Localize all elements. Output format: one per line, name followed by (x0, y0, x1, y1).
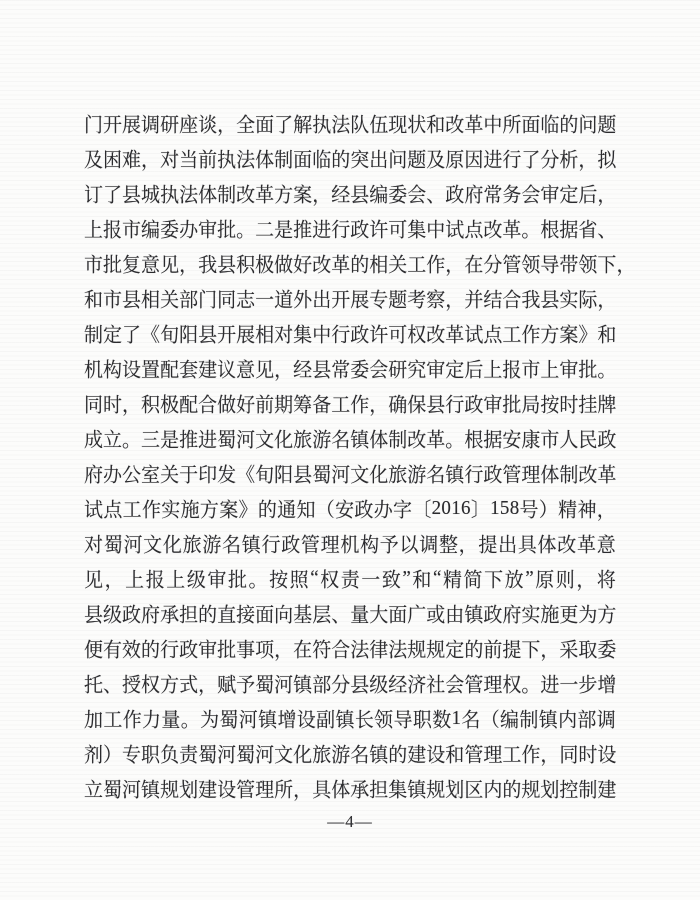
body-char: 政 (122, 599, 141, 627)
body-char: 据 (559, 214, 578, 242)
body-char: ） (539, 494, 558, 522)
body-char: 旅 (293, 424, 312, 452)
body-char: 配 (179, 389, 198, 417)
body-char: 游 (202, 529, 221, 557)
body-char: 现 (388, 109, 407, 137)
body-char: 人 (559, 424, 578, 452)
body-char: 效 (122, 634, 141, 662)
body-char: 、 (426, 179, 445, 207)
body-char: 革 (597, 459, 616, 487)
body-char: 审 (198, 214, 217, 242)
body-char: 考 (407, 284, 426, 312)
body-char: 管 (502, 249, 521, 277)
body-char: 放 (505, 564, 524, 592)
body-char: 设 (122, 354, 141, 382)
body-char: 配 (160, 354, 179, 382)
body-line: 府办公室关于印发《旬阳县蜀河文化旅游名镇行政管理体制改革 (84, 456, 616, 491)
body-char: ， (105, 564, 124, 592)
body-char: 安 (335, 494, 354, 522)
body-char: 提 (502, 634, 521, 662)
body-char: 文 (255, 424, 274, 452)
body-char: 基 (293, 599, 312, 627)
body-char: 字 (393, 494, 412, 522)
body-char: 行 (445, 389, 464, 417)
body-char: 后 (578, 179, 597, 207)
body-char: （ (316, 494, 335, 522)
body-char: 镇 (335, 704, 354, 732)
body-char: 和 (597, 319, 616, 347)
body-char: 蜀 (103, 774, 122, 802)
body-char: 对 (84, 529, 103, 557)
body-char: 承 (350, 774, 369, 802)
body-char: 上 (483, 354, 502, 382)
body-char: 会 (369, 354, 388, 382)
body-char: 批 (228, 564, 247, 592)
body-char: 同 (559, 739, 578, 767)
body-char: 施 (181, 494, 200, 522)
body-char: 出 (498, 529, 517, 557)
body-char: 问 (578, 109, 597, 137)
body-char: 报 (502, 354, 521, 382)
body-char: 神 (577, 494, 596, 522)
body-char: 的 (198, 599, 217, 627)
body-char: 开 (217, 319, 236, 347)
body-char: 的 (350, 249, 369, 277)
body-char: 级 (187, 564, 206, 592)
body-char: ， (459, 529, 478, 557)
body-char: 经 (388, 669, 407, 697)
body-char: 工 (407, 249, 426, 277)
body-char: 门 (84, 109, 103, 137)
body-char: 旅 (388, 459, 407, 487)
body-char: 部 (179, 284, 198, 312)
body-char: 体 (198, 179, 217, 207)
body-char: 方 (540, 319, 559, 347)
body-char: 步 (578, 669, 597, 697)
body-char: 》 (578, 319, 597, 347)
body-char: 行 (331, 319, 350, 347)
body-char: 保 (407, 389, 426, 417)
body-char: 伍 (369, 109, 388, 137)
body-char: 意 (236, 354, 255, 382)
body-char: 文 (274, 739, 293, 767)
body-char: 机 (84, 354, 103, 382)
body-char: 制 (388, 424, 407, 452)
body-char: 做 (217, 389, 236, 417)
body-char: 接 (236, 599, 255, 627)
body-char: 府 (141, 599, 160, 627)
body-char: 经 (331, 179, 350, 207)
body-char: 管 (464, 669, 483, 697)
body-line: 立蜀河镇规划建设管理所，具体承担集镇规划区内的规划控制建 (84, 771, 616, 806)
body-char: 执 (312, 109, 331, 137)
body-char: 执 (217, 144, 236, 172)
body-char: 县 (350, 179, 369, 207)
body-char: 政 (464, 389, 483, 417)
body-char: 律 (369, 634, 388, 662)
body-char: 工 (502, 739, 521, 767)
body-char: 整 (439, 529, 458, 557)
body-char: 行 (160, 634, 179, 662)
body-char: 、 (331, 599, 350, 627)
body-char: 做 (274, 249, 293, 277)
body-char: 建 (198, 774, 217, 802)
body-char: 好 (236, 389, 255, 417)
body-char: 拟 (597, 144, 616, 172)
body-char: 副 (316, 704, 335, 732)
body-char: 结 (483, 284, 502, 312)
body-char: 事 (236, 634, 255, 662)
body-char: 革 (502, 214, 521, 242)
body-char: 关 (160, 284, 179, 312)
body-char: 面 (521, 109, 540, 137)
body-char: 工 (502, 319, 521, 347)
body-char: 原 (535, 564, 554, 592)
body-char: 相 (141, 284, 160, 312)
body-char: 点 (103, 494, 122, 522)
body-char: 设 (297, 704, 316, 732)
body-char: 济 (407, 669, 426, 697)
body-char: 公 (122, 459, 141, 487)
body-char: 以 (400, 529, 419, 557)
body-char: 对 (274, 319, 293, 347)
body-char: 。 (597, 354, 616, 382)
body-char: 分 (483, 249, 502, 277)
body-char: 原 (445, 144, 464, 172)
body-char: 际 (578, 284, 597, 312)
body-char: 领 (521, 249, 540, 277)
body-char: 极 (255, 249, 274, 277)
body-line: 同时，积极配合做好前期筹备工作，确保县行政审批局按时挂牌 (84, 386, 616, 421)
body-char: ， (540, 634, 559, 662)
body-char: 行 (464, 459, 483, 487)
body-char: 权 (407, 319, 426, 347)
body-char: 游 (312, 424, 331, 452)
body-char: 职 (413, 704, 432, 732)
body-char: 确 (388, 389, 407, 417)
body-char: 游 (407, 459, 426, 487)
body-line: 见，上报上级审批。按照“权责一致”和“精简下放”原则，将 (84, 561, 616, 596)
body-char: 安 (502, 424, 521, 452)
body-char: 量 (350, 599, 369, 627)
body-char: 发 (217, 459, 236, 487)
body-char: 革 (577, 529, 596, 557)
body-char: 旅 (312, 739, 331, 767)
body-char: 予 (236, 669, 255, 697)
body-char: 审 (207, 564, 226, 592)
body-line: 托、授权方式，赋予蜀河镇部分县级经济社会管理权。进一步增 (84, 666, 616, 701)
body-char: 内 (558, 704, 577, 732)
body-char: 时 (559, 389, 578, 417)
body-char: 审 (540, 179, 559, 207)
body-char: 会 (521, 179, 540, 207)
body-char: 政 (281, 529, 300, 557)
body-char: 层 (312, 599, 331, 627)
body-char: 合 (331, 634, 350, 662)
body-char: 管 (236, 774, 255, 802)
body-char: ， (597, 179, 616, 207)
body-char: 改 (236, 179, 255, 207)
body-char: 1 (490, 497, 500, 520)
body-char: 取 (578, 634, 597, 662)
body-char: 蜀 (104, 529, 123, 557)
body-char: 市 (122, 214, 141, 242)
body-char: 展 (122, 109, 141, 137)
body-char: 和 (445, 739, 464, 767)
body-char: 状 (407, 109, 426, 137)
body-char: 作 (123, 704, 142, 732)
body-char: 文 (350, 459, 369, 487)
body-line: 和市县相关部门同志一道外出开展专题考察，并结合我县实际， (84, 281, 616, 316)
body-char: 前 (255, 389, 274, 417)
body-char: 河 (122, 774, 141, 802)
body-char: 进 (198, 424, 217, 452)
body-char: 关 (160, 459, 179, 487)
body-char: 的 (258, 494, 277, 522)
body-char: 设 (217, 774, 236, 802)
body-char: 制 (217, 179, 236, 207)
body-char: 析 (559, 144, 578, 172)
body-char: 期 (274, 389, 293, 417)
body-char: 批 (502, 389, 521, 417)
body-char: ， (312, 179, 331, 207)
body-char: ， (576, 564, 595, 592)
body-char: 县 (217, 249, 236, 277)
body-char: 、 (597, 214, 616, 242)
body-char: 承 (160, 599, 179, 627)
body-char: 剂 (84, 739, 103, 767)
body-char: 常 (483, 179, 502, 207)
body-char: 一 (559, 669, 578, 697)
body-char: ” (525, 567, 533, 590)
body-char: 镇 (242, 529, 261, 557)
body-char: 批 (217, 214, 236, 242)
body-char: 法 (236, 144, 255, 172)
body-char: 号 (520, 494, 539, 522)
body-char: 区 (464, 774, 483, 802)
body-char: 划 (540, 774, 559, 802)
body-char: 定 (445, 634, 464, 662)
body-char: 蜀 (198, 739, 217, 767)
body-char: 推 (179, 424, 198, 452)
body-char: 三 (141, 424, 160, 452)
body-char: 管 (301, 529, 320, 557)
body-char: 名 (350, 739, 369, 767)
body-char: 作 (426, 249, 445, 277)
body-char: ， (597, 284, 616, 312)
body-char: 相 (369, 249, 388, 277)
body-line: 加工作力量。为蜀河镇增设副镇长领导职数1名（编制镇内部调 (84, 701, 616, 736)
body-char: 精 (558, 494, 577, 522)
body-char: 划 (179, 774, 198, 802)
body-char: 体 (540, 459, 559, 487)
body-char: 省 (578, 214, 597, 242)
body-char: 化 (369, 459, 388, 487)
body-char: ， (179, 249, 198, 277)
body-char: 县 (350, 669, 369, 697)
body-char: 革 (464, 109, 483, 137)
document-body: 门开展调研座谈，全面了解执法队伍现状和改革中所面临的问题及困难，对当前执法体制面… (84, 106, 616, 806)
body-char: 法 (331, 109, 350, 137)
body-char: 解 (293, 109, 312, 137)
body-char: 设 (426, 739, 445, 767)
body-char: 城 (141, 179, 160, 207)
body-char: 职 (141, 739, 160, 767)
body-char: 则 (556, 564, 575, 592)
body-char: 府 (502, 599, 521, 627)
body-char: 。 (521, 669, 540, 697)
body-char: 问 (388, 144, 407, 172)
body-char: 室 (141, 459, 160, 487)
body-char: 构 (103, 354, 122, 382)
body-char: 的 (559, 109, 578, 137)
body-char: 局 (521, 389, 540, 417)
body-char: 办 (374, 494, 393, 522)
body-char: 的 (388, 739, 407, 767)
body-char: 谈 (198, 109, 217, 137)
body-char: （ (481, 704, 500, 732)
body-char: 具 (518, 529, 537, 557)
body-char: 案 (559, 319, 578, 347)
body-char: 镇 (350, 424, 369, 452)
body-char: 出 (312, 284, 331, 312)
body-char: 好 (293, 249, 312, 277)
body-char: 数 (432, 704, 451, 732)
body-line: 门开展调研座谈，全面了解执法队伍现状和改革中所面临的问题 (84, 106, 616, 141)
body-char: 机 (340, 529, 359, 557)
body-char: 实 (161, 494, 180, 522)
body-char: 政 (179, 634, 198, 662)
body-char: 研 (388, 354, 407, 382)
body-char: 理 (321, 529, 340, 557)
body-char: ， (198, 669, 217, 697)
body-char: 知 (296, 494, 315, 522)
body-char: 专 (122, 739, 141, 767)
body-char: 担 (179, 599, 198, 627)
body-char: 并 (464, 284, 483, 312)
body-char: 当 (179, 144, 198, 172)
body-char: 面 (255, 599, 274, 627)
body-char: 1 (451, 497, 461, 520)
body-char: 审 (426, 354, 445, 382)
body-char: 作 (521, 739, 540, 767)
body-char: 集 (293, 319, 312, 347)
body-char: ， (274, 634, 293, 662)
body-char: 中 (426, 214, 445, 242)
body-char: 定 (559, 179, 578, 207)
body-char: 会 (445, 669, 464, 697)
body-char: 有 (103, 634, 122, 662)
body-char: 订 (84, 179, 103, 207)
body-char: 责 (341, 564, 360, 592)
body-char: 理 (483, 669, 502, 697)
body-char: 名 (222, 529, 241, 557)
body-line: 及困难，对当前执法体制面临的突出问题及原因进行了分析，拟 (84, 141, 616, 176)
body-char: 队 (350, 109, 369, 137)
body-char: 河 (331, 459, 350, 487)
body-char: 政 (350, 319, 369, 347)
body-char: 文 (143, 529, 162, 557)
body-char: 察 (426, 284, 445, 312)
body-char: 意 (141, 249, 160, 277)
body-char: 了 (274, 109, 293, 137)
body-char: 审 (559, 354, 578, 382)
body-char: 点 (464, 214, 483, 242)
body-char: 中 (483, 109, 502, 137)
body-char: 见 (160, 249, 179, 277)
body-char: 施 (540, 599, 559, 627)
body-char: 题 (597, 109, 616, 137)
body-char: 推 (293, 214, 312, 242)
body-char: 务 (502, 179, 521, 207)
body-char: 实 (521, 599, 540, 627)
body-char: 导 (540, 249, 559, 277)
body-char: “ (310, 567, 318, 590)
body-char: 理 (483, 739, 502, 767)
body-char: 会 (407, 179, 426, 207)
body-char: 赋 (217, 669, 236, 697)
body-char: 部 (312, 669, 331, 697)
body-char: 规 (407, 634, 426, 662)
body-char: 研 (160, 109, 179, 137)
body-char: 市 (84, 249, 103, 277)
body-char: 进 (540, 669, 559, 697)
body-char: 级 (103, 599, 122, 627)
body-char: 建 (407, 739, 426, 767)
body-char: 可 (388, 214, 407, 242)
body-char: 上 (540, 354, 559, 382)
body-char: 实 (559, 284, 578, 312)
body-line: 对蜀河文化旅游名镇行政管理机构予以调整，提出具体改革意 (84, 526, 616, 561)
body-char: 套 (179, 354, 198, 382)
body-char: 理 (521, 459, 540, 487)
body-char: 合 (198, 389, 217, 417)
body-char: 为 (578, 599, 597, 627)
body-char: 工 (123, 494, 142, 522)
body-char: 报 (146, 564, 165, 592)
body-char: 。 (249, 564, 268, 592)
body-char: ， (274, 354, 293, 382)
body-char: 体 (538, 529, 557, 557)
body-char: 导 (394, 704, 413, 732)
body-char: 6 (461, 497, 471, 520)
body-char: 积 (236, 249, 255, 277)
body-char: 镇 (293, 669, 312, 697)
body-char: 难 (122, 144, 141, 172)
body-char: 行 (261, 529, 280, 557)
body-char: 划 (445, 774, 464, 802)
body-char: 的 (141, 634, 160, 662)
body-char: 管 (464, 739, 483, 767)
body-char: 及 (84, 144, 103, 172)
body-char: ， (616, 249, 635, 277)
body-char: 府 (84, 459, 103, 487)
body-char: 名 (426, 459, 445, 487)
body-char: 革 (426, 424, 445, 452)
body-char: 致 (382, 564, 401, 592)
body-char: 因 (464, 144, 483, 172)
body-char: 规 (160, 774, 179, 802)
body-line: 试点工作实施方案》的通知（安政办字〔2016〕158号）精神， (84, 491, 616, 526)
body-char: 和 (426, 109, 445, 137)
body-char: 革 (331, 249, 350, 277)
body-char: 复 (122, 249, 141, 277)
body-char: 加 (84, 704, 103, 732)
body-char: 改 (407, 424, 426, 452)
body-char: 精 (443, 564, 462, 592)
body-char: 中 (312, 319, 331, 347)
body-char: 建 (597, 774, 616, 802)
